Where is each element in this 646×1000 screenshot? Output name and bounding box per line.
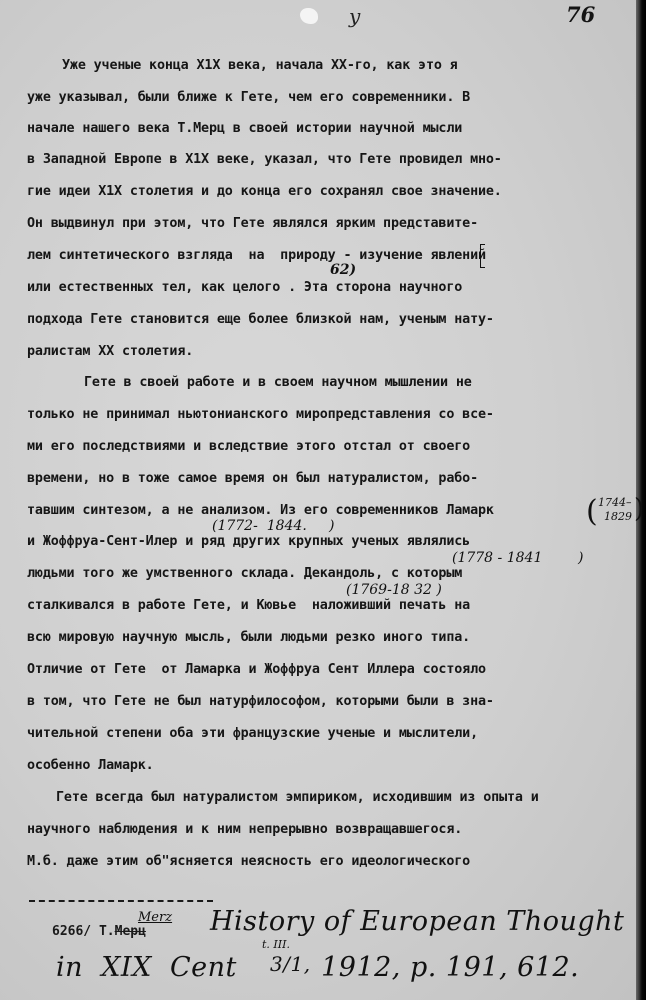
paren-close: ) (634, 494, 644, 524)
lamarck-dates-bottom: 1829 (604, 510, 632, 523)
text-line: подхода Гете становится еще более близко… (27, 311, 494, 329)
paren-open: ( (586, 494, 598, 529)
text-line: времени, но в тоже самое время он был на… (27, 470, 478, 488)
text-line: М.б. даже этим об"ясняется неясность его… (27, 853, 470, 871)
text-line: уже указывал, были ближе к Гете, чем его… (27, 89, 470, 107)
text-line: или естественных тел, как целого . Эта с… (27, 279, 462, 297)
decandolle-dates: (1778 - 1841 ) (452, 550, 583, 566)
footnote-title-line1: History of European Thought (210, 906, 624, 937)
text-line: людьми того же умственного склада. Декан… (27, 565, 462, 583)
text-line: Уже ученые конца Х1Х века, начала ХХ-го,… (62, 57, 458, 75)
text-line: лем синтетического взгляда на природу - … (27, 247, 486, 265)
text-line: начале нашего века Т.Мерц в своей истори… (27, 120, 462, 138)
footnote-year-pages: 1912, p. 191, 612. (312, 952, 579, 983)
text-line: научного наблюдения и к ним непрерывно в… (27, 821, 462, 839)
footnote-reference-62: 62) (330, 262, 356, 278)
geoffroy-dates: (1772- 1844. ) (212, 518, 335, 534)
footnote-number: 6266/ T.Мерц (52, 924, 146, 939)
footnote-corrected-name: Merz (138, 910, 172, 925)
text-line: Он выдвинул при этом, что Гете являлся я… (27, 215, 478, 233)
text-line: ми его последствиями и вследствие этого … (27, 438, 470, 456)
lamarck-dates-top: 1744– (598, 496, 632, 509)
text-line: Гете в своей работе и в своем научном мы… (84, 374, 472, 392)
cuvier-dates: (1769-18 32 ) (346, 582, 442, 598)
footnote-title-line2: in XIX Cent (56, 952, 237, 983)
text-line: только не принимал ньютонианского миропр… (27, 406, 494, 424)
insertion-bracket (480, 244, 485, 268)
text-line: особенно Ламарк. (27, 757, 154, 775)
text-line: Отличие от Гете от Ламарка и Жоффруа Сен… (27, 661, 486, 679)
text-line: в том, что Гете не был натурфилософом, к… (27, 693, 494, 711)
text-line: чительной степени оба эти французские уч… (27, 725, 478, 743)
typed-body: Уже ученые конца Х1Х века, начала ХХ-го,… (0, 0, 636, 1000)
text-line: Гете всегда был натуралистом эмпириком, … (56, 789, 539, 807)
text-line: всю мировую научную мысль, были людьми р… (27, 629, 470, 647)
text-line: и Жоффруа-Сент-Илер и ряд других крупных… (27, 533, 470, 551)
text-line: сталкивался в работе Гете, и Кювье налож… (27, 597, 470, 615)
footnote-publication-fragment: 3/1, (270, 952, 311, 976)
footnote-separator (29, 900, 213, 902)
text-line: гие идеи Х1Х столетия и до конца его сох… (27, 183, 502, 201)
text-line: ралистам ХХ столетия. (27, 343, 193, 361)
footnote-struck-name: Мерц (115, 924, 146, 939)
footnote-volume-mark: t. III. (262, 938, 290, 951)
text-line: в Западной Европе в Х1Х веке, указал, чт… (27, 151, 502, 169)
